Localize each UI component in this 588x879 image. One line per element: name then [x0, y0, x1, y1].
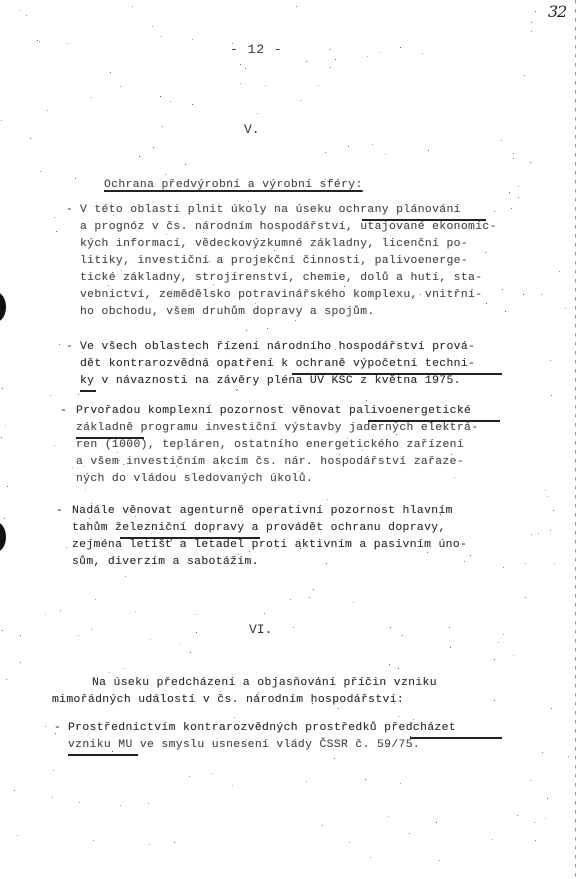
section-numeral-v: V.	[244, 122, 260, 137]
intro-line: Na úseku předcházení a objasňování příči…	[92, 676, 437, 691]
paragraph-line: Ve všech oblastech řízení národního hosp…	[80, 340, 475, 355]
underline-mark	[410, 737, 502, 739]
paragraph-line: sům, diverzím a sabotážím.	[72, 555, 259, 570]
punch-hole-mark	[0, 292, 6, 322]
page-number: - 12 -	[230, 42, 283, 57]
paragraph-line: a prognóz v čs. národním hospodářství, u…	[80, 220, 497, 235]
intro-line: mimořádných událostí v čs. národním hosp…	[52, 693, 404, 708]
paragraph-line: ných do vládou sledovaných úkolů.	[76, 472, 313, 487]
page-edge-scan-artifact	[575, 0, 576, 879]
paragraph-line: litiky, investiční a projekční činnosti,…	[80, 254, 468, 269]
section-numeral-vi: VI.	[249, 622, 272, 637]
bullet-dash: -	[66, 203, 73, 218]
handwritten-folio-number: 32	[548, 2, 566, 21]
paragraph-line: zejména letišť a letadel proti aktivním …	[72, 538, 467, 553]
paragraph-line: základně programu investiční výstavby ja…	[76, 421, 478, 436]
underline-mark	[68, 754, 138, 756]
paragraph-line: dět kontrarozvědná opatření k ochraně vý…	[80, 357, 475, 372]
bullet-dash: -	[66, 340, 73, 355]
paragraph-line: vzniku MU ve smyslu usnesení vlády ČSSR …	[68, 738, 420, 753]
underline-mark	[80, 390, 96, 392]
paragraph-line: a všem investičním akcím čs. nár. hospod…	[76, 455, 464, 470]
paragraph-line: Prostřednictvím kontrarozvědných prostře…	[68, 721, 456, 736]
paragraph-line: Prvořadou komplexní pozornost věnovat pa…	[76, 404, 471, 419]
bullet-dash: -	[54, 721, 61, 736]
paragraph-line: ho obchodu, všem druhům dopravy a spojům…	[80, 305, 375, 320]
paragraph-line: tické základny, strojírenství, chemie, d…	[80, 271, 482, 286]
bullet-dash: -	[60, 404, 67, 419]
punch-hole-mark	[0, 522, 6, 552]
scanned-document-page: 32 - 12 - V. Ochrana předvýrobní a výrob…	[0, 0, 588, 879]
paragraph-line: vebnictví, zemědělsko potravinářského ko…	[80, 288, 482, 303]
section-heading: Ochrana předvýrobní a výrobní sféry:	[104, 178, 363, 193]
paragraph-line: V této oblasti plnit úkoly na úseku ochr…	[80, 203, 461, 218]
paragraph-line: kých informací, vědeckovýzkumné základny…	[80, 237, 468, 252]
paragraph-line: ren (1000), tepláren, ostatního energeti…	[76, 438, 464, 453]
bullet-dash: -	[56, 504, 63, 519]
paragraph-line: ky v návaznosti na závěry pléna ÚV KSČ z…	[80, 374, 461, 389]
paragraph-line: Nadále věnovat agenturně operativní pozo…	[72, 504, 453, 519]
paragraph-line: tahům železniční dopravy a provádět ochr…	[72, 521, 446, 536]
